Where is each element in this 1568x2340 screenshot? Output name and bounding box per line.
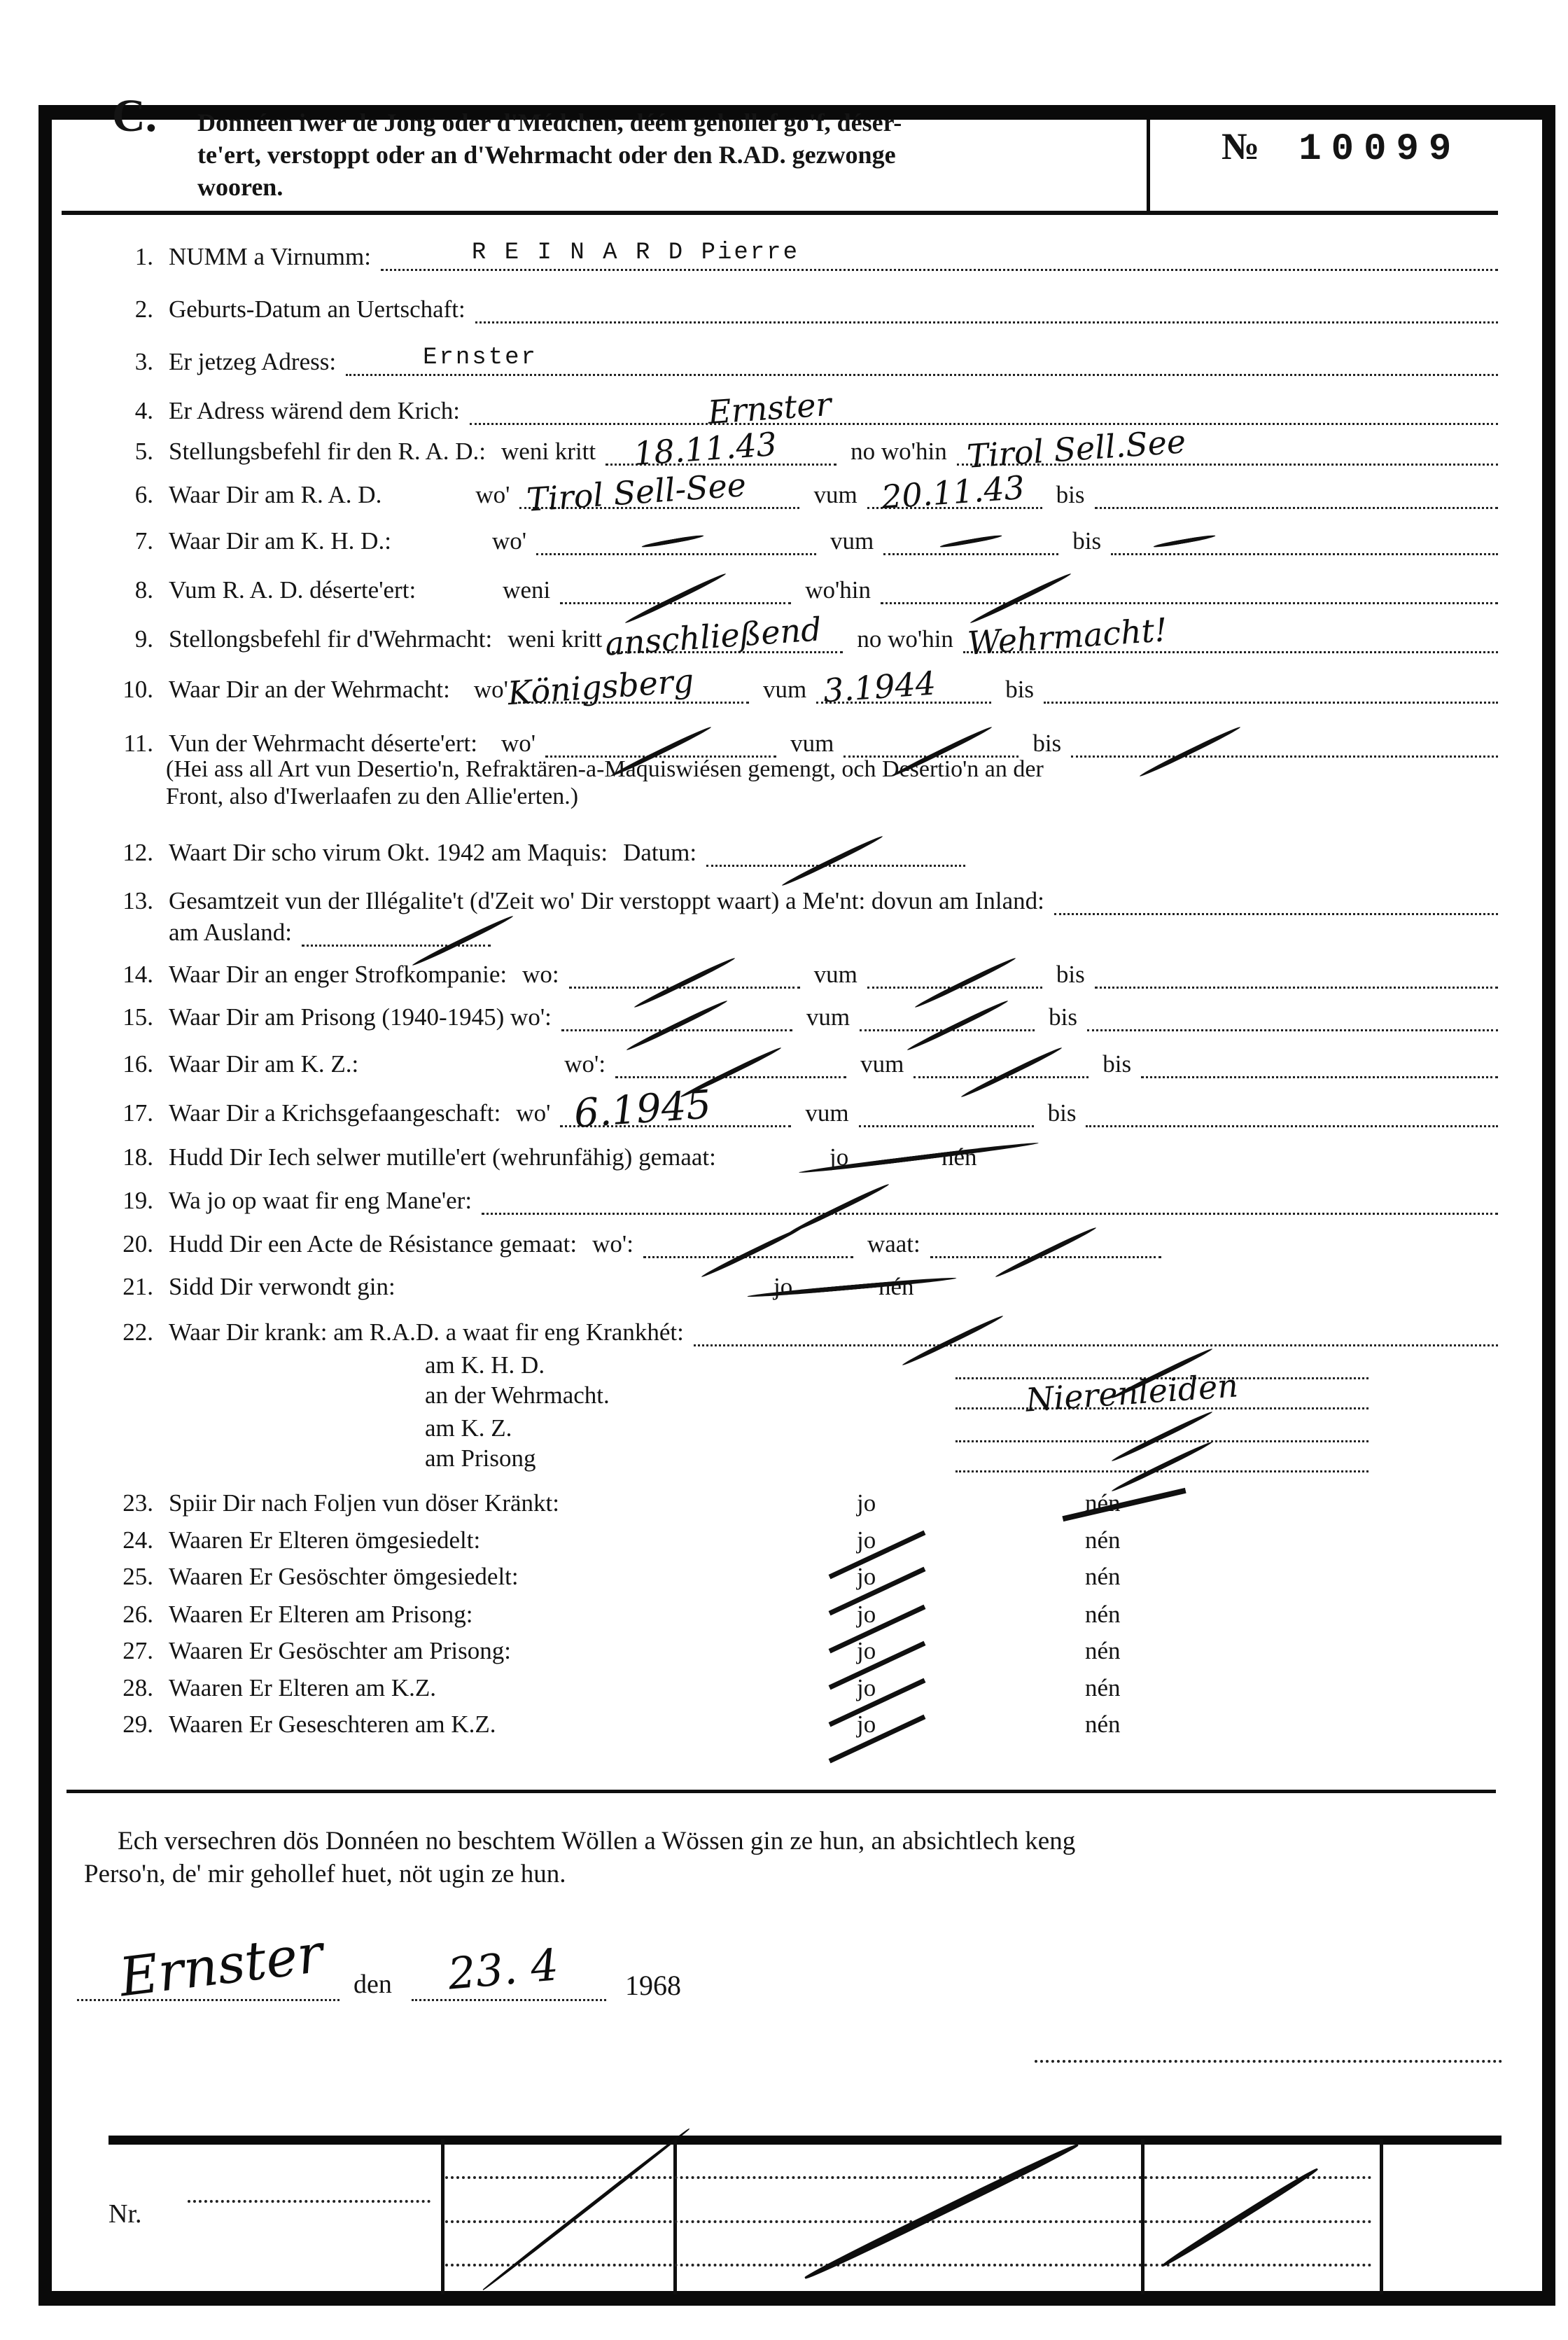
dotted-field bbox=[615, 1043, 846, 1078]
item-label: Hudd Dir een Acte de Résistance gemaat: bbox=[169, 1230, 577, 1258]
item-label: Waar Dir am Prisong (1940-1945) wo': bbox=[169, 1003, 552, 1031]
form-row-1: 1.NUMM a Virnumm:R E I N A R D Pierre bbox=[108, 237, 1498, 271]
dotted-field bbox=[1071, 722, 1498, 758]
item-number: 13. bbox=[108, 887, 153, 915]
handwritten-value: Königsberg bbox=[506, 662, 694, 712]
dotted-field bbox=[706, 831, 965, 867]
form-row-24: 24.Waaren Er Elteren ömgesiedelt:jonén bbox=[108, 1521, 1498, 1554]
field-prefix-label: vum bbox=[763, 676, 806, 704]
dotted-field bbox=[1044, 668, 1498, 704]
item-number: 26. bbox=[108, 1601, 153, 1629]
nr-label: Nr. bbox=[108, 2199, 142, 2229]
item-number: 16. bbox=[108, 1050, 153, 1078]
section-letter: C. bbox=[112, 90, 157, 143]
form-row-2: 2.Geburts-Datum an Uertschaft: bbox=[108, 290, 1498, 323]
form-row-7: 7.Waar Dir am K. H. D.:wo'vumbis bbox=[108, 522, 1498, 555]
field-prefix-label: vum bbox=[806, 1003, 850, 1031]
footer-table-vline bbox=[441, 2139, 444, 2294]
dotted-field bbox=[883, 520, 1058, 555]
numero-sign: № bbox=[1221, 125, 1259, 167]
page-border-right bbox=[1542, 105, 1555, 2306]
item-label: Waar Dir am K. H. D.: bbox=[169, 527, 391, 555]
item-label: Waaren Er Geseschteren am K.Z. bbox=[169, 1711, 496, 1739]
dash-mark bbox=[1153, 534, 1216, 549]
jo-option: jo bbox=[857, 1711, 876, 1739]
dotted-field bbox=[860, 996, 1035, 1031]
form-row-14: 14.Waar Dir an enger Strofkompanie:wo:vu… bbox=[108, 955, 1498, 989]
field-prefix-label: vum bbox=[814, 961, 857, 989]
field-prefix-label: wo' bbox=[475, 481, 510, 509]
item-number: 2. bbox=[108, 295, 153, 323]
item-label: Stellongsbefehl fir d'Wehrmacht: bbox=[169, 625, 492, 653]
item-label: Waaren Er Elteren am Prisong: bbox=[169, 1601, 473, 1629]
handwritten-value: 6.1945 bbox=[573, 1082, 713, 1137]
item-label: Waar Dir an enger Strofkompanie: bbox=[169, 961, 507, 989]
field-prefix-label: wo' bbox=[492, 527, 526, 555]
dotted-field bbox=[1054, 879, 1498, 915]
table-cell-slash bbox=[804, 2141, 1080, 2281]
jo-option: jo bbox=[773, 1273, 792, 1301]
field-prefix-label: wo'hin bbox=[805, 576, 871, 604]
dotted-field: anschließend bbox=[612, 618, 843, 653]
field-prefix-label: vum bbox=[860, 1050, 904, 1078]
dotted-field bbox=[643, 1223, 853, 1258]
field-prefix-label: bis bbox=[1032, 730, 1061, 758]
dotted-field bbox=[1141, 1043, 1498, 1078]
dotted-field bbox=[913, 1043, 1088, 1078]
field-prefix-label: wo: bbox=[522, 961, 559, 989]
form-row-4: 4.Er Adress wärend dem Krich:Ernster bbox=[108, 391, 1498, 425]
form-row-20: 20.Hudd Dir een Acte de Résistance gemaa… bbox=[108, 1225, 1498, 1258]
form-row-18: 18.Hudd Dir Iech selwer mutille'ert (weh… bbox=[108, 1138, 1498, 1171]
item-number: 9. bbox=[108, 625, 153, 653]
form-row-27: 27.Waaren Er Gesöschter am Prisong:jonén bbox=[108, 1631, 1498, 1665]
dotted-field bbox=[475, 288, 1498, 323]
field-prefix-label: bis bbox=[1005, 676, 1034, 704]
header-divider bbox=[1147, 112, 1150, 213]
dotted-field: Tirol Sell.See bbox=[957, 430, 1498, 466]
nen-option: nén bbox=[1085, 1637, 1121, 1665]
item-number: 24. bbox=[108, 1526, 153, 1554]
item-number: 21. bbox=[108, 1273, 153, 1301]
form-description-line: te'ert, verstoppt oder an d'Wehrmacht od… bbox=[197, 139, 1128, 171]
dotted-field: Tirol Sell-See bbox=[519, 473, 799, 509]
item-number: 20. bbox=[108, 1230, 153, 1258]
form-row-5: 5.Stellungsbefehl fir den R. A. D.:weni … bbox=[108, 432, 1498, 466]
dotted-field bbox=[843, 722, 1018, 758]
item-number: 18. bbox=[108, 1143, 153, 1171]
field-prefix-label: no wo'hin bbox=[857, 625, 953, 653]
handwritten-value: 3.1944 bbox=[822, 664, 937, 709]
nen-option: nén bbox=[878, 1273, 914, 1301]
item-label: Waar Dir an der Wehrmacht: bbox=[169, 676, 450, 704]
page-border-left bbox=[38, 105, 52, 2306]
subitem-label: am Prisong bbox=[425, 1444, 535, 1472]
footer-table-dotted-row bbox=[445, 2176, 1372, 2179]
dotted-field bbox=[1095, 473, 1498, 509]
field-prefix-label: bis bbox=[1056, 481, 1085, 509]
field-prefix-label: bis bbox=[1102, 1050, 1131, 1078]
form-description-line: Donnéen iwer de Jong oder d'Médchen, déé… bbox=[197, 106, 1128, 139]
dotted-field bbox=[302, 911, 491, 947]
field-prefix-label: wo' bbox=[516, 1099, 550, 1127]
field-prefix-label: wo' bbox=[501, 730, 535, 758]
form-row-25: 25.Waaren Er Gesöschter ömgesiedelt:joné… bbox=[108, 1557, 1498, 1591]
item-number: 10. bbox=[108, 676, 153, 704]
table-cell-slash bbox=[1161, 2166, 1319, 2269]
note-text: (Hei ass all Art vun Desertio'n, Refrakt… bbox=[166, 756, 1044, 783]
item-label: Waar Dir krank: am R.A.D. a waat fir eng… bbox=[169, 1318, 684, 1346]
item-number: 12. bbox=[108, 839, 153, 867]
item-label: Er jetzeg Adress: bbox=[169, 348, 336, 376]
dotted-field: Königsberg bbox=[518, 668, 749, 704]
form-row-22: 22.Waar Dir krank: am R.A.D. a waat fir … bbox=[108, 1313, 1498, 1346]
scanned-form-page: C. Donnéen iwer de Jong oder d'Médchen, … bbox=[0, 0, 1568, 2340]
item-label: Stellungsbefehl fir den R. A. D.: bbox=[169, 438, 486, 466]
handwritten-value: anschließend bbox=[604, 610, 823, 662]
nen-option: nén bbox=[1085, 1489, 1121, 1517]
handwritten-value: Ernster bbox=[706, 385, 832, 431]
dotted-field: Nierenleiden bbox=[955, 1374, 1368, 1409]
item-label: am Ausland: bbox=[169, 919, 292, 947]
field-prefix-label: vum bbox=[805, 1099, 848, 1127]
item-number: 15. bbox=[108, 1003, 153, 1031]
item-label: Waar Dir am K. Z.: bbox=[169, 1050, 358, 1078]
typed-value: R E I N A R D Pierre bbox=[472, 239, 799, 266]
item-number: 1. bbox=[108, 243, 153, 271]
item-number: 28. bbox=[108, 1674, 153, 1702]
form-row-23: 23.Spiir Dir nach Foljen vun döser Kränk… bbox=[108, 1484, 1498, 1517]
item-number: 11. bbox=[108, 730, 153, 758]
nen-option: nén bbox=[1085, 1601, 1121, 1629]
form-row-29: 29.Waaren Er Geseschteren am K.Z.jonén bbox=[108, 1705, 1498, 1739]
form-row-9: 9.Stellongsbefehl fir d'Wehrmacht:weni k… bbox=[108, 620, 1498, 653]
item-label: Hudd Dir Iech selwer mutille'ert (wehrun… bbox=[169, 1143, 716, 1171]
official-dotted-line bbox=[1035, 2060, 1502, 2063]
dotted-field: R E I N A R D Pierre bbox=[381, 235, 1498, 271]
dotted-field bbox=[482, 1179, 1498, 1215]
item-label: Spiir Dir nach Foljen vun döser Kränkt: bbox=[169, 1489, 559, 1517]
form-row-21: 21.Sidd Dir verwondt gin:jonén bbox=[108, 1267, 1498, 1301]
dotted-field bbox=[859, 1092, 1034, 1127]
jo-option: jo bbox=[857, 1637, 876, 1665]
dash-mark bbox=[641, 534, 704, 549]
handwritten-value: 20.11.43 bbox=[880, 468, 1025, 516]
declaration-line: Perso'n, de' mir gehollef huet, nöt ugin… bbox=[84, 1858, 1498, 1890]
dotted-field: 6.1945 bbox=[560, 1092, 791, 1127]
item-label: Er Adress wärend dem Krich: bbox=[169, 397, 460, 425]
footer-table-dotted-row bbox=[445, 2264, 1372, 2266]
dotted-field bbox=[561, 996, 792, 1031]
slash-mark bbox=[1139, 725, 1242, 778]
jo-option: jo bbox=[857, 1563, 876, 1591]
field-prefix-label: bis bbox=[1048, 1099, 1077, 1127]
handwritten-value: Wehrmacht! bbox=[966, 611, 1168, 662]
declaration-text: Ech versechren dös Donnéen no beschtem W… bbox=[84, 1825, 1498, 1890]
item-number: 6. bbox=[108, 481, 153, 509]
dotted-field bbox=[569, 953, 800, 989]
item-label: Waaren Er Gesöschter ömgesiedelt: bbox=[169, 1563, 519, 1591]
form-row-15: 15.Waar Dir am Prisong (1940-1945) wo':v… bbox=[108, 998, 1498, 1031]
form-description-line: wooren. bbox=[197, 171, 1128, 203]
dotted-field bbox=[1086, 1092, 1498, 1127]
signature-date-handwriting: 23. 4 bbox=[446, 1939, 561, 1999]
dotted-field bbox=[1087, 996, 1498, 1031]
signature-den-label: den bbox=[353, 1969, 392, 2000]
field-prefix-label: weni kritt bbox=[507, 625, 602, 653]
item-label: Geburts-Datum an Uertschaft: bbox=[169, 295, 465, 323]
item-label: Vum R. A. D. déserte'ert: bbox=[169, 576, 416, 604]
dotted-field bbox=[545, 722, 776, 758]
dotted-field bbox=[694, 1311, 1498, 1346]
footer-table-vline bbox=[673, 2139, 677, 2294]
item-number: 8. bbox=[108, 576, 153, 604]
form-number-value: 10099 bbox=[1298, 128, 1461, 171]
item-label: Gesamtzeit vun der Illégalite't (d'Zeit … bbox=[169, 887, 1044, 915]
item-number: 29. bbox=[108, 1711, 153, 1739]
item-number: 5. bbox=[108, 438, 153, 466]
dotted-field: Ernster bbox=[470, 389, 1498, 425]
form-row-28: 28.Waaren Er Elteren am K.Z.jonén bbox=[108, 1669, 1498, 1702]
form-row-3: 3.Er jetzeg Adress:Ernster bbox=[108, 342, 1498, 376]
jo-option: jo bbox=[857, 1674, 876, 1702]
nen-option: nén bbox=[941, 1143, 977, 1171]
field-prefix-label: wo' bbox=[474, 676, 508, 704]
footer-table-top-border bbox=[108, 2136, 1501, 2145]
form-row-continued: am Ausland: bbox=[108, 913, 1498, 947]
item-number: 23. bbox=[108, 1489, 153, 1517]
dash-mark bbox=[939, 534, 1002, 549]
handwritten-value: Tirol Sell.See bbox=[965, 422, 1186, 475]
dotted-field bbox=[536, 520, 816, 555]
form-row-19: 19.Wa jo op waat fir eng Mane'er: bbox=[108, 1181, 1498, 1215]
dotted-field: 20.11.43 bbox=[867, 473, 1042, 509]
item-number: 7. bbox=[108, 527, 153, 555]
item-label: Waar Dir am R. A. D. bbox=[169, 481, 381, 509]
field-prefix-label: wo': bbox=[564, 1050, 605, 1078]
form-row-13: 13.Gesamtzeit vun der Illégalite't (d'Ze… bbox=[108, 882, 1498, 915]
field-prefix-label: weni kritt bbox=[501, 438, 596, 466]
handwritten-value: Tirol Sell-See bbox=[526, 466, 748, 519]
nen-option: nén bbox=[1085, 1563, 1121, 1591]
field-prefix-label: waat: bbox=[867, 1230, 920, 1258]
dotted-field bbox=[867, 953, 1042, 989]
form-row-11: 11.Vun der Wehrmacht déserte'ert:wo'vumb… bbox=[108, 724, 1498, 758]
subitem-label: am K. H. D. bbox=[425, 1351, 545, 1379]
item-number: 25. bbox=[108, 1563, 153, 1591]
typed-value: Ernster bbox=[423, 344, 538, 371]
footer-table-vline bbox=[1141, 2139, 1144, 2294]
field-prefix-label: vum bbox=[830, 527, 874, 555]
field-prefix-label: Datum: bbox=[623, 839, 696, 867]
jo-option: jo bbox=[857, 1489, 876, 1517]
page-border-bottom bbox=[38, 2291, 1555, 2306]
table-cell-slash bbox=[482, 2127, 690, 2291]
field-prefix-label: bis bbox=[1056, 961, 1085, 989]
dotted-field: Ernster bbox=[346, 340, 1498, 376]
field-prefix-label: vum bbox=[790, 730, 834, 758]
field-prefix-label: bis bbox=[1072, 527, 1101, 555]
item-number: 22. bbox=[108, 1318, 153, 1346]
item-label: Vun der Wehrmacht déserte'ert: bbox=[169, 730, 477, 758]
item-label: Waart Dir scho virum Okt. 1942 am Maquis… bbox=[169, 839, 608, 867]
item-label: Waaren Er Elteren am K.Z. bbox=[169, 1674, 436, 1702]
handwritten-value: 18.11.43 bbox=[633, 425, 778, 473]
item-number: 3. bbox=[108, 348, 153, 376]
jo-option: jo bbox=[857, 1601, 876, 1629]
item-number: 4. bbox=[108, 397, 153, 425]
item-label: Waaren Er Elteren ömgesiedelt: bbox=[169, 1526, 480, 1554]
footer-table-vline bbox=[1380, 2139, 1383, 2294]
item-number: 19. bbox=[108, 1187, 153, 1215]
nen-option: nén bbox=[1085, 1674, 1121, 1702]
signature-year: 1968 bbox=[625, 1969, 681, 2002]
item-label: Waaren Er Gesöschter am Prisong: bbox=[169, 1637, 511, 1665]
nen-option: nén bbox=[1085, 1711, 1121, 1739]
item-number: 14. bbox=[108, 961, 153, 989]
subitem-label: am K. Z. bbox=[425, 1414, 512, 1442]
form-subrow: am Prisong bbox=[108, 1439, 1498, 1472]
form-row-12: 12.Waart Dir scho virum Okt. 1942 am Maq… bbox=[108, 833, 1498, 867]
note-text: Front, also d'Iwerlaafen zu den Allie'er… bbox=[166, 784, 578, 810]
dotted-field bbox=[560, 569, 791, 604]
slash-mark bbox=[781, 834, 884, 887]
field-prefix-label: bis bbox=[1049, 1003, 1077, 1031]
form-row-17: 17.Waar Dir a Krichsgefaangeschaft:wo'6.… bbox=[108, 1094, 1498, 1127]
form-row-10: 10.Waar Dir an der Wehrmacht:wo'Königsbe… bbox=[108, 670, 1498, 704]
item-number: 27. bbox=[108, 1637, 153, 1665]
dotted-field bbox=[1095, 953, 1498, 989]
dotted-field: 3.1944 bbox=[816, 668, 991, 704]
dotted-field: 18.11.43 bbox=[605, 430, 836, 466]
form-row-6: 6.Waar Dir am R. A. D.wo'Tirol Sell-Seev… bbox=[108, 475, 1498, 509]
form-row-16: 16.Waar Dir am K. Z.:wo':vumbis bbox=[108, 1045, 1498, 1078]
field-prefix-label: vum bbox=[813, 481, 857, 509]
dotted-field bbox=[881, 569, 1498, 604]
jo-option: jo bbox=[857, 1526, 876, 1554]
field-prefix-label: weni bbox=[503, 576, 550, 604]
dotted-field: Wehrmacht! bbox=[963, 618, 1498, 653]
nr-dotted-line bbox=[188, 2200, 430, 2203]
item-label: Sidd Dir verwondt gin: bbox=[169, 1273, 395, 1301]
form-row-26: 26.Waaren Er Elteren am Prisong:jonén bbox=[108, 1595, 1498, 1629]
form-number: №10099 bbox=[1221, 125, 1461, 171]
nen-option: nén bbox=[1085, 1526, 1121, 1554]
item-label: Waar Dir a Krichsgefaangeschaft: bbox=[169, 1099, 500, 1127]
declaration-line: Ech versechren dös Donnéen no beschtem W… bbox=[84, 1825, 1498, 1858]
form-row-8: 8.Vum R. A. D. déserte'ert:weniwo'hin bbox=[108, 571, 1498, 604]
item-label: Wa jo op waat fir eng Mane'er: bbox=[169, 1187, 472, 1215]
dotted-field bbox=[930, 1223, 1161, 1258]
form-description: Donnéen iwer de Jong oder d'Médchen, déé… bbox=[197, 106, 1128, 203]
dotted-field bbox=[1111, 520, 1498, 555]
item-label: NUMM a Virnumm: bbox=[169, 243, 371, 271]
field-prefix-label: wo': bbox=[592, 1230, 633, 1258]
item-number: 17. bbox=[108, 1099, 153, 1127]
dotted-field bbox=[955, 1437, 1368, 1472]
subitem-label: an der Wehrmacht. bbox=[425, 1381, 610, 1409]
header-rule bbox=[62, 211, 1498, 215]
field-prefix-label: no wo'hin bbox=[850, 438, 947, 466]
section-rule bbox=[66, 1790, 1496, 1793]
form-subrow: an der Wehrmacht.Nierenleiden bbox=[108, 1376, 1498, 1409]
